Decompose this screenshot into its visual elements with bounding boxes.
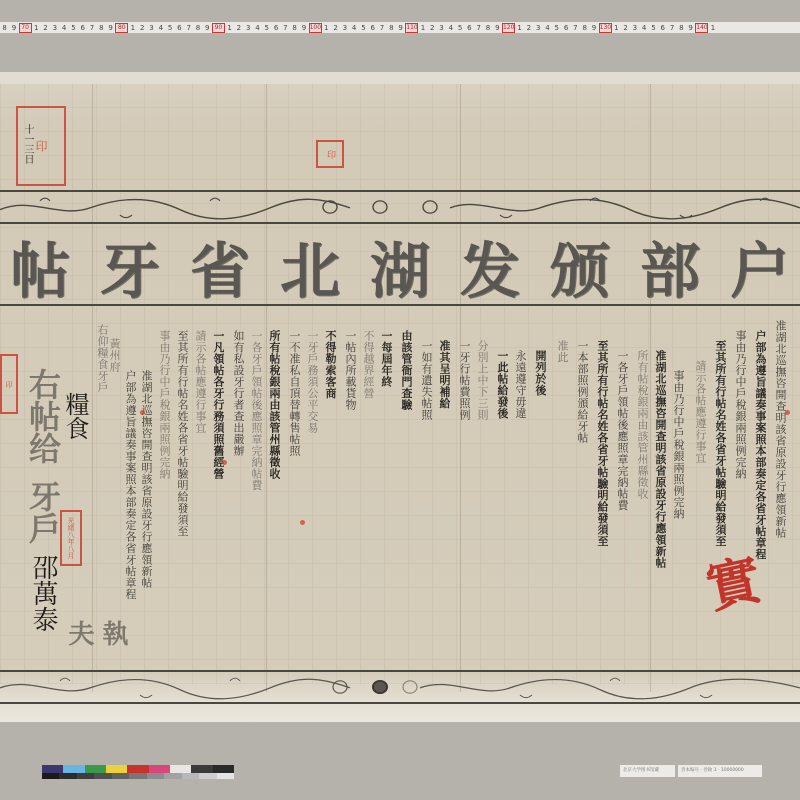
gray-patch: [147, 773, 164, 779]
text-column: 一牙戶務須公平交易: [306, 330, 318, 670]
text-column: 一帖內所載貨物: [344, 330, 356, 670]
title-char: 颁: [540, 224, 620, 310]
ruler-minor-tick: 6: [658, 24, 667, 32]
title-char: 牙: [90, 224, 170, 310]
ruler-minor-tick: 1: [612, 24, 621, 32]
ruler-minor-tick: 7: [474, 24, 483, 32]
ruler-minor-tick: 1: [515, 24, 524, 32]
text-column: 如有私設牙行者查出嚴辦: [232, 330, 244, 670]
ruler-minor-tick: 8: [580, 24, 589, 32]
paper-top-edge: [0, 72, 800, 84]
bottom-decorative-border: [0, 670, 800, 704]
date-seal: 光緒八年八月: [60, 510, 82, 566]
ruler-minor-tick: 2: [41, 24, 50, 32]
ruler-minor-tick: 6: [175, 24, 184, 32]
document-scan: 印 十一三日 印 户 部 颁 发 湖 北 省 牙 帖 印 右帖给 糧食: [0, 72, 800, 722]
text-column: 准湖北巡撫咨開查明該省原設牙行應領新帖: [140, 370, 152, 670]
handwritten-owner-name: 邵萬泰: [30, 554, 56, 632]
color-patch: [42, 765, 63, 773]
ruler-minor-tick: 9: [396, 24, 405, 32]
text-column: 請示各帖應遵行事宜: [694, 360, 706, 670]
ruler-minor-tick: 1: [32, 24, 41, 32]
ruler-minor-tick: 5: [69, 24, 78, 32]
color-patch: [149, 765, 170, 773]
ruler-minor-tick: 1: [418, 24, 427, 32]
text-column: 黃州府: [108, 338, 120, 668]
text-column: 一牙行帖費照例: [458, 340, 470, 670]
text-column: 開列於後: [534, 350, 546, 670]
ruler-minor-tick: 9: [9, 24, 18, 32]
ruler-minor-tick: 8: [483, 24, 492, 32]
color-patch: [170, 765, 191, 773]
ruler-major-tick: 130: [599, 23, 612, 33]
ruler-minor-tick: 1: [708, 24, 717, 32]
ruler-minor-tick: 4: [446, 24, 455, 32]
ruler-major-tick: 90: [212, 23, 225, 33]
ruler-minor-tick: 7: [87, 24, 96, 32]
ruler-minor-tick: 5: [359, 24, 368, 32]
text-column: 分別上中下三則: [476, 340, 488, 670]
ruler-minor-tick: 3: [147, 24, 156, 32]
text-column: 所有帖稅銀兩由該管州縣徵收: [636, 350, 648, 670]
gray-patch: [59, 773, 76, 779]
text-column: 永遠遵守毋違: [514, 350, 526, 670]
text-column: 由該管衙門查驗: [400, 330, 412, 670]
text-column: 一每屆年終: [380, 330, 392, 670]
text-column: 右仰糧食牙戶: [96, 324, 108, 664]
ruler-minor-tick: 6: [368, 24, 377, 32]
ruler-major-tick: 70: [19, 23, 32, 33]
title-char: 发: [450, 224, 530, 310]
ruler-minor-tick: 2: [428, 24, 437, 32]
ruler-minor-tick: 8: [97, 24, 106, 32]
ruler-minor-tick: 3: [630, 24, 639, 32]
ruler-minor-tick: 7: [281, 24, 290, 32]
ruler-minor-tick: 9: [299, 24, 308, 32]
text-column: 一本部照例頒給牙帖: [576, 340, 588, 670]
text-column: 一不准私自頂替轉售帖照: [288, 330, 300, 670]
ruler-minor-tick: 2: [621, 24, 630, 32]
ruler-minor-tick: 4: [543, 24, 552, 32]
ruler-minor-tick: 2: [331, 24, 340, 32]
ruler-minor-tick: 6: [465, 24, 474, 32]
text-column: 至其所有行帖名姓各省牙帖驗明給發須至: [596, 340, 608, 670]
color-patch-row: [42, 765, 234, 773]
red-punctuation-mark: [222, 460, 227, 465]
text-column: 事由乃行中戶稅銀兩照例完納: [672, 370, 684, 670]
ruler-minor-tick: 8: [0, 24, 9, 32]
vine-scroll-icon: [0, 192, 800, 222]
ruler-major-tick: 110: [405, 23, 418, 33]
text-column: 不得勒索客商: [324, 330, 336, 670]
text-column: 所有帖稅銀兩由該管州縣徵收: [268, 330, 280, 670]
measuring-ruler: 8970123456789801234567899012345678910012…: [0, 22, 800, 33]
color-calibration-chart: [42, 765, 234, 779]
title-char: 北: [270, 224, 350, 310]
ruler-minor-tick: 6: [78, 24, 87, 32]
ruler-minor-tick: 3: [244, 24, 253, 32]
color-patch: [127, 765, 148, 773]
ruler-minor-tick: 2: [524, 24, 533, 32]
gray-patch: [217, 773, 234, 779]
red-punctuation-mark: [140, 410, 145, 415]
text-column: 一此帖給發後: [496, 350, 508, 670]
red-punctuation-mark: [300, 520, 305, 525]
gray-patch: [129, 773, 146, 779]
margin-handwritten-note: 十一三日: [20, 124, 35, 164]
red-punctuation-mark: [785, 410, 790, 415]
ruler-minor-tick: 9: [203, 24, 212, 32]
catalog-number-label: 善本编号 · 卷轴 1 · 10000000: [678, 765, 762, 777]
ruler-major-tick: 140: [695, 23, 708, 33]
color-patch: [63, 765, 84, 773]
text-column: 請示各帖應遵行事宜: [194, 330, 206, 670]
text-column: 一凡領帖各牙行務須照舊經營: [212, 330, 224, 670]
document-title: 户 部 颁 发 湖 北 省 牙 帖: [0, 230, 800, 306]
ruler-minor-tick: 8: [387, 24, 396, 32]
handwritten-goods-type: 糧食: [62, 392, 88, 440]
ruler-minor-tick: 1: [128, 24, 137, 32]
left-edge-seal: 印: [0, 354, 18, 414]
text-column: 户部為遵旨議奏事案照本部奏定各省牙帖章程: [124, 370, 136, 670]
ruler-minor-tick: 3: [437, 24, 446, 32]
text-column: 不得越界經營: [362, 330, 374, 670]
ruler-major-tick: 100: [309, 23, 322, 33]
ruler-minor-tick: 9: [589, 24, 598, 32]
color-patch: [213, 765, 234, 773]
title-char: 省: [180, 224, 260, 310]
ruler-minor-tick: 8: [290, 24, 299, 32]
gray-patch: [182, 773, 199, 779]
text-column: 准其呈明補給: [438, 340, 450, 670]
ruler-minor-tick: 9: [686, 24, 695, 32]
gray-patch: [77, 773, 94, 779]
ruler-minor-tick: 2: [234, 24, 243, 32]
top-decorative-border: [0, 190, 800, 224]
grayscale-patch-row: [42, 773, 234, 779]
text-column: 一各牙戶領帖後應照章完納帖費: [616, 350, 628, 670]
gray-patch: [94, 773, 111, 779]
gray-patch: [199, 773, 216, 779]
ruler-minor-tick: 7: [377, 24, 386, 32]
ruler-minor-tick: 5: [552, 24, 561, 32]
ruler-minor-tick: 8: [677, 24, 686, 32]
ruler-minor-tick: 4: [59, 24, 68, 32]
title-char: 湖: [360, 224, 440, 310]
ruler-minor-tick: 4: [156, 24, 165, 32]
ruler-minor-tick: 7: [184, 24, 193, 32]
ruler-minor-tick: 3: [340, 24, 349, 32]
ruler-major-tick: 120: [502, 23, 515, 33]
text-column: 事由乃行中戶稅銀兩照例完納: [158, 330, 170, 670]
ruler-minor-tick: 5: [165, 24, 174, 32]
ruler-major-tick: 80: [115, 23, 128, 33]
text-column: 一如有遺失帖照: [420, 340, 432, 670]
ruler-minor-tick: 7: [667, 24, 676, 32]
ruler-minor-tick: 8: [193, 24, 202, 32]
ruler-minor-tick: 5: [649, 24, 658, 32]
ruler-minor-tick: 6: [271, 24, 280, 32]
ruler-minor-tick: 1: [225, 24, 234, 32]
ruler-minor-tick: 4: [253, 24, 262, 32]
ruler-minor-tick: 6: [561, 24, 570, 32]
ruler-minor-tick: 4: [350, 24, 359, 32]
title-char: 户: [720, 224, 800, 310]
top-center-seal: 印: [316, 140, 344, 168]
printed-large-text: 右帖给: [26, 368, 60, 464]
printed-shop-type: 牙戶: [26, 480, 60, 544]
text-column: 一各牙戶領帖後應照章完納帖費: [250, 330, 262, 670]
ruler-minor-tick: 1: [322, 24, 331, 32]
institution-label: 北京大学图书馆藏: [620, 765, 675, 777]
ruler-minor-tick: 9: [493, 24, 502, 32]
gray-patch: [112, 773, 129, 779]
text-column: 准此: [556, 340, 568, 670]
color-patch: [85, 765, 106, 773]
ruler-minor-tick: 3: [50, 24, 59, 32]
ruler-minor-tick: 4: [640, 24, 649, 32]
ruler-minor-tick: 5: [262, 24, 271, 32]
ruler-minor-tick: 2: [138, 24, 147, 32]
gray-patch: [164, 773, 181, 779]
text-column: 户部為遵旨議奏事案照本部奏定各省牙帖章程: [754, 330, 766, 670]
document-body: 印 右帖给 糧食 牙戶 邵萬泰 執夫 光緒八年八月 右仰糧食牙戶 黃州府 户部為…: [0, 310, 800, 672]
text-column: 至其所有行帖名姓各省牙帖驗明給發須至: [176, 330, 188, 670]
gray-patch: [42, 773, 59, 779]
title-char: 部: [630, 224, 710, 310]
text-column: 准湖北巡撫咨開查明該省原設牙行應領新帖: [654, 350, 666, 670]
ruler-minor-tick: 7: [571, 24, 580, 32]
ruler-minor-tick: 5: [455, 24, 464, 32]
ruler-minor-tick: 3: [534, 24, 543, 32]
color-patch: [106, 765, 127, 773]
color-patch: [191, 765, 212, 773]
ruler-minor-tick: 9: [106, 24, 115, 32]
title-char: 帖: [0, 224, 80, 310]
text-column: 准湖北巡撫咨開查明該省原設牙行應領新帖: [774, 320, 786, 670]
vine-scroll-icon: [0, 672, 800, 702]
